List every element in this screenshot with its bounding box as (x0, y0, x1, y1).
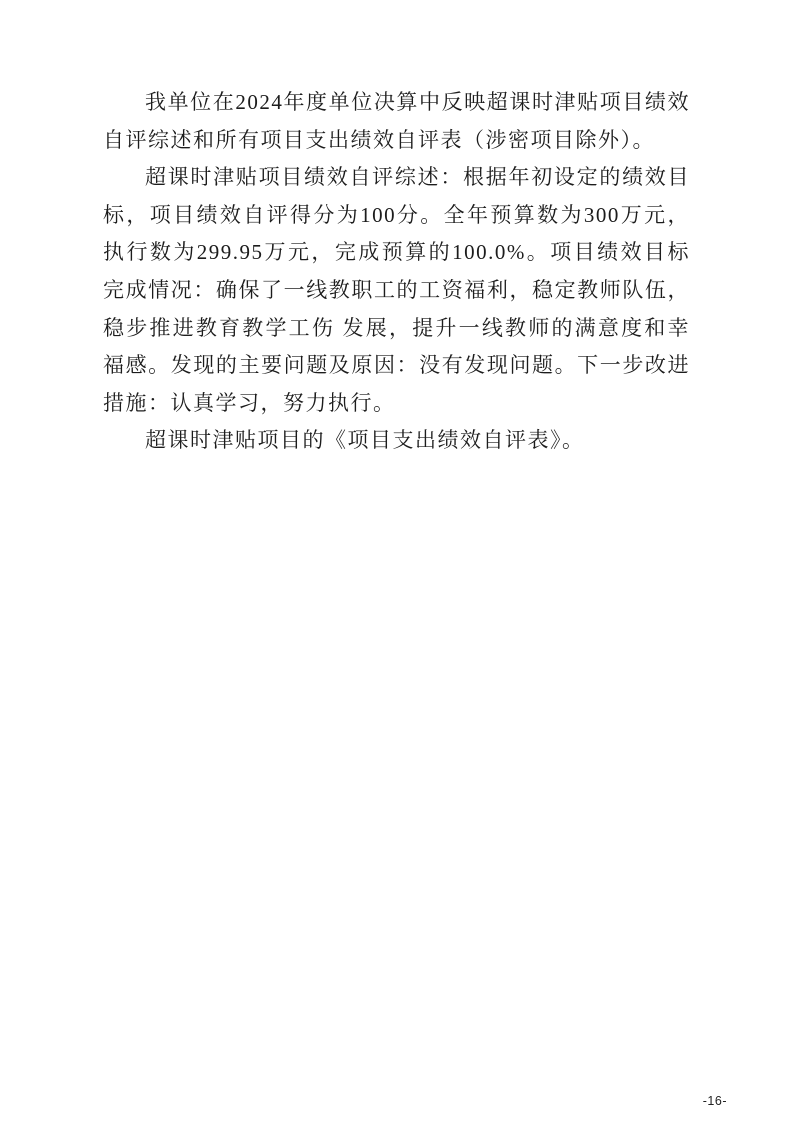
page-number: -16- (703, 1094, 727, 1108)
paragraph-self-evaluation-table-ref: 超课时津贴项目的《项目支出绩效自评表》。 (103, 422, 690, 460)
paragraph-self-evaluation-scope: 我单位在2024年度单位决算中反映超课时津贴项目绩效自评综述和所有项目支出绩效自… (103, 84, 690, 159)
document-page: 我单位在2024年度单位决算中反映超课时津贴项目绩效自评综述和所有项目支出绩效自… (0, 0, 793, 1122)
document-body: 我单位在2024年度单位决算中反映超课时津贴项目绩效自评综述和所有项目支出绩效自… (103, 84, 690, 460)
paragraph-self-evaluation-summary: 超课时津贴项目绩效自评综述：根据年初设定的绩效目标，项目绩效自评得分为100分。… (103, 159, 690, 422)
